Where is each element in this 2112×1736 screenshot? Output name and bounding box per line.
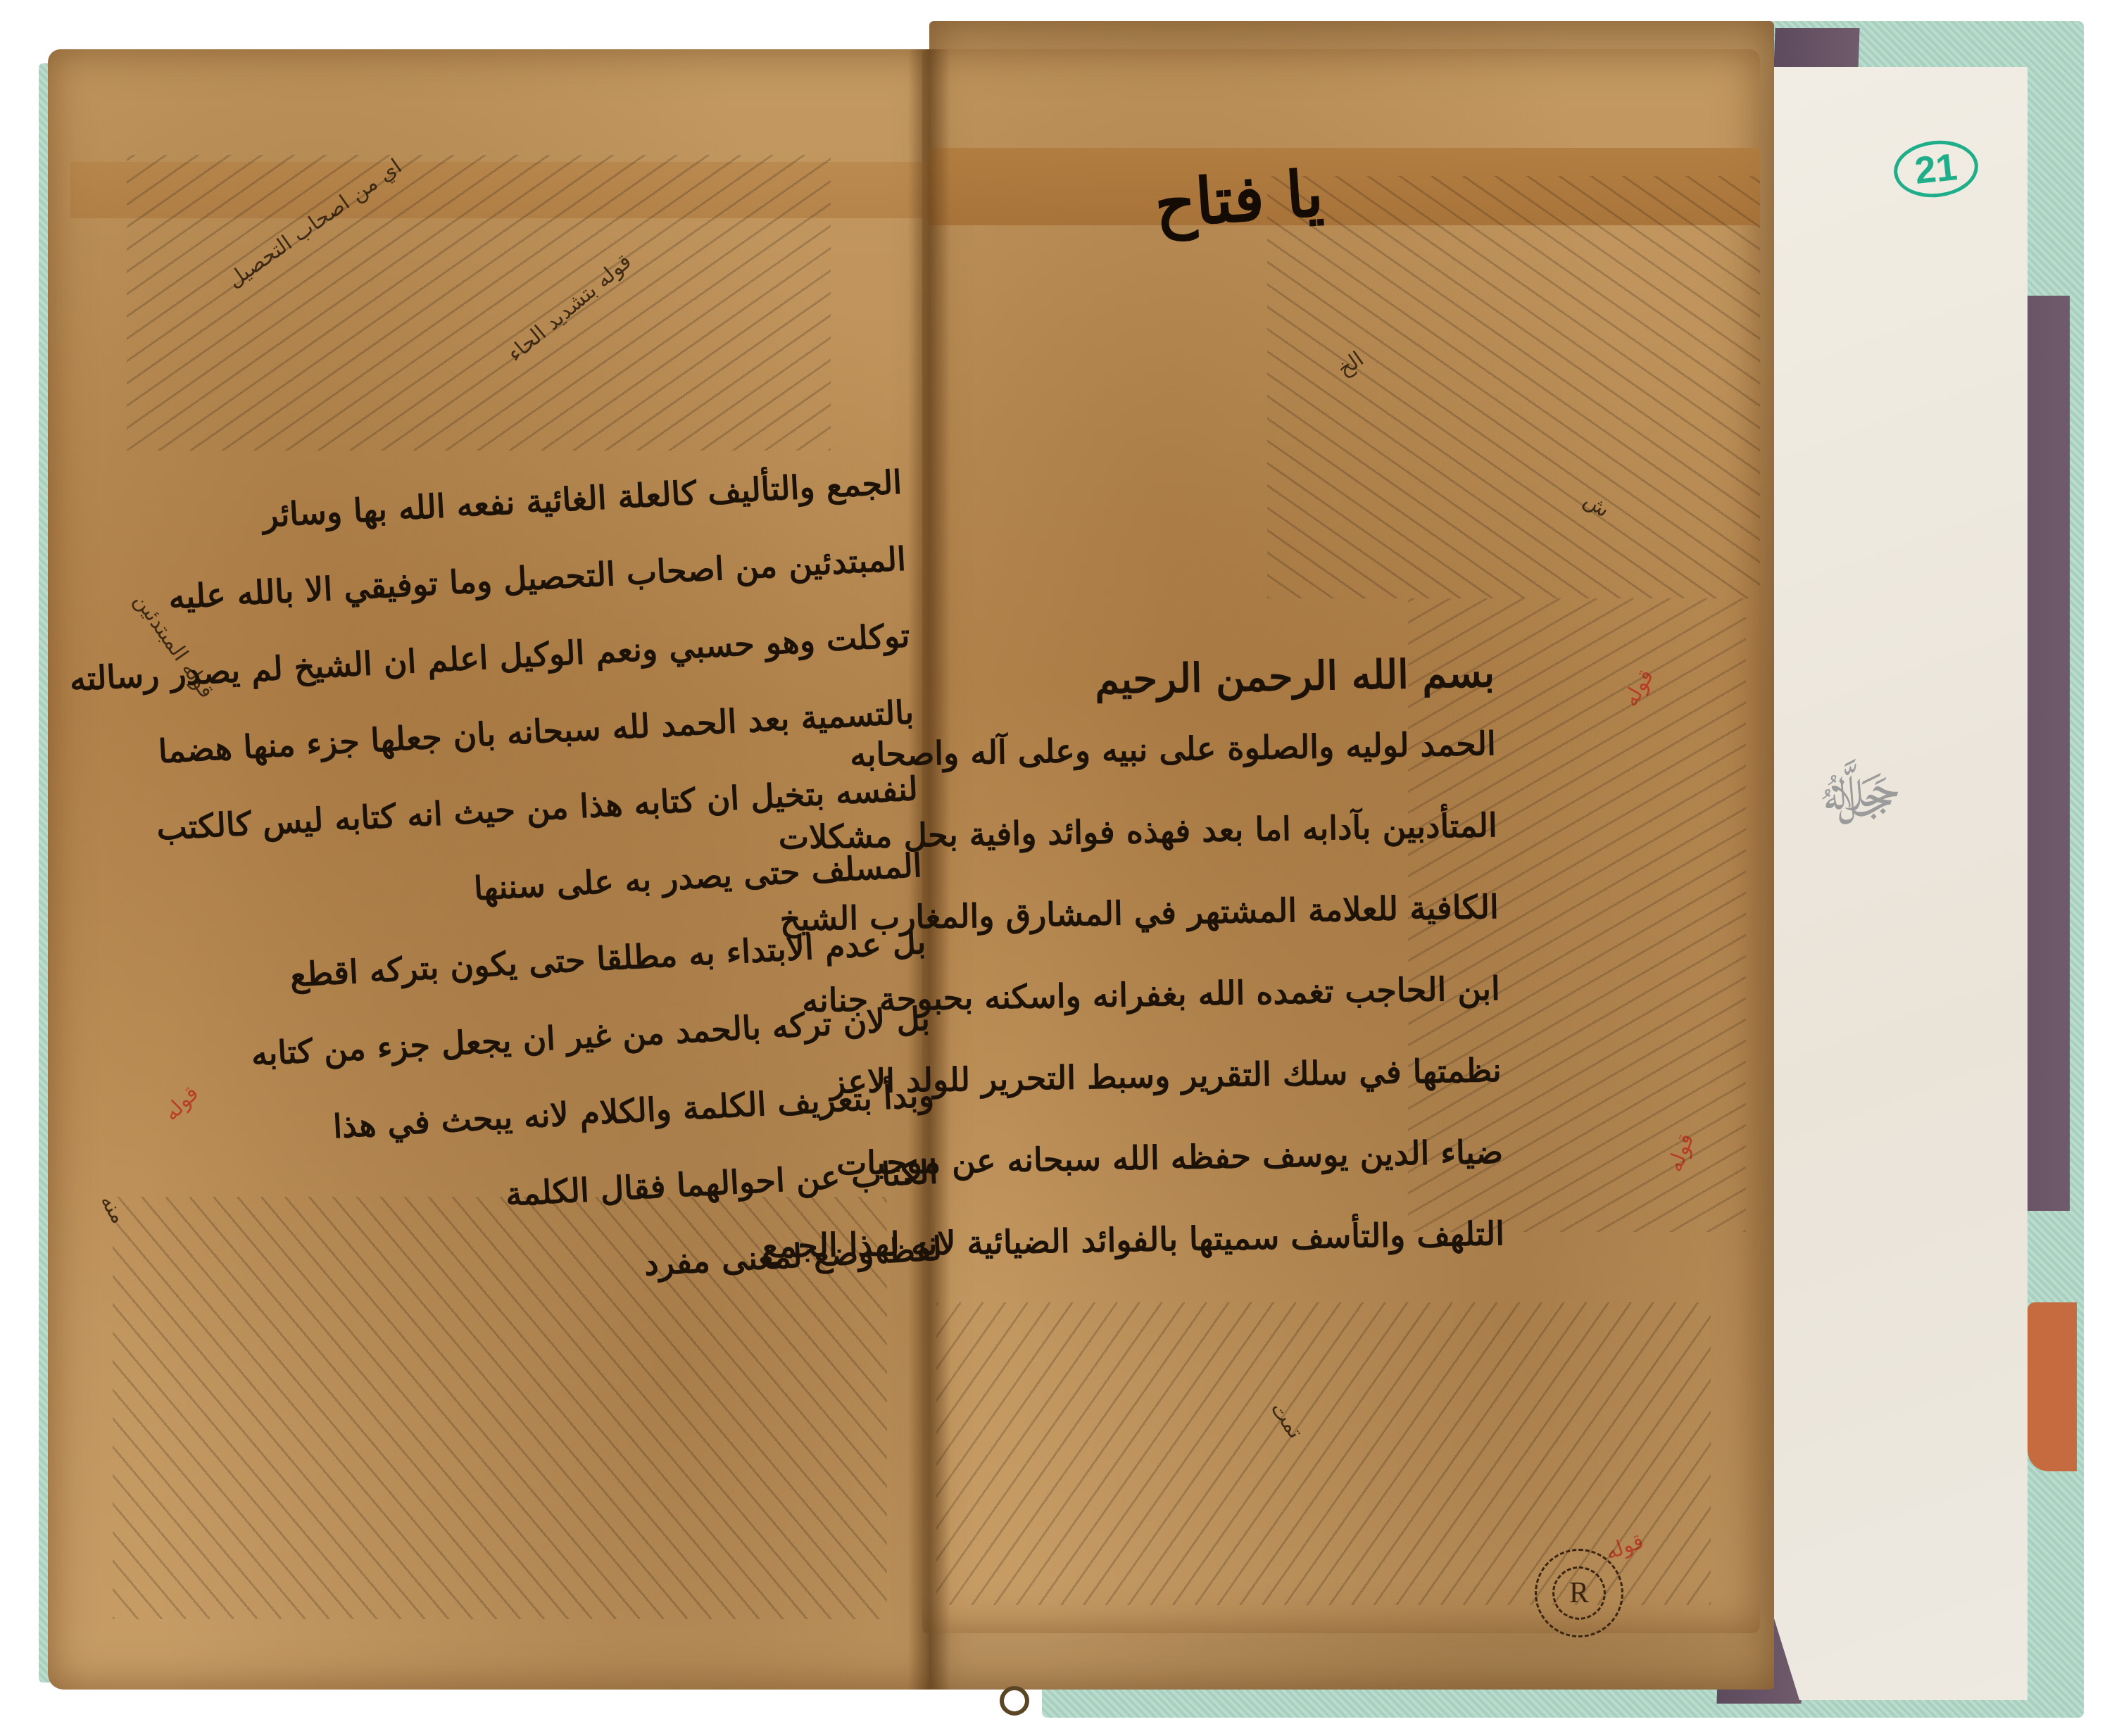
gloss-texture-left-top [127, 155, 831, 451]
flyleaf [1774, 67, 2028, 1700]
main-text-line: بل عدم الابتداء به مطلقا حتى يكون بتركه … [306, 923, 927, 993]
pencil-mark: ﷻ [1816, 748, 1904, 838]
main-text-line: توكلت وهو حسبي ونعم الوكيل اعلم ان الشيخ… [290, 616, 911, 686]
main-text-line: بالتسمية بعد الحمد لله سبحانه بان جعلها … [294, 693, 915, 763]
gloss-texture-right-bottom [936, 1302, 1711, 1605]
main-text-line: بل لان تركه بالحمد من غير ان يجعل جزء من… [310, 1000, 931, 1070]
main-text-line: لنفسه بتخيل ان كتابه هذا من حيث انه كتاب… [298, 769, 919, 840]
left-page-main-text: الجمع والتأليف كالعلة الغائية نفعه الله … [282, 463, 943, 1300]
main-text-line: وبدأ بتعريف الكلمة والكلام لانه يبحث في … [314, 1076, 935, 1147]
pencil-scribble: ﷻ [1816, 746, 1904, 858]
cover-floral-pattern [2028, 1302, 2077, 1471]
gloss-texture-right-top [1267, 176, 1760, 598]
folio-number: 21 [1913, 145, 1959, 193]
main-text-line: المسلف حتى يصدر به على سننها [302, 846, 923, 917]
gloss-texture-left-bottom [113, 1197, 887, 1619]
gloss-texture-right-side [1408, 598, 1746, 1232]
binding-ring [1000, 1686, 1029, 1716]
main-text-line: المبتدئين من اصحاب التحصيل وما توفيقي ال… [286, 540, 907, 610]
